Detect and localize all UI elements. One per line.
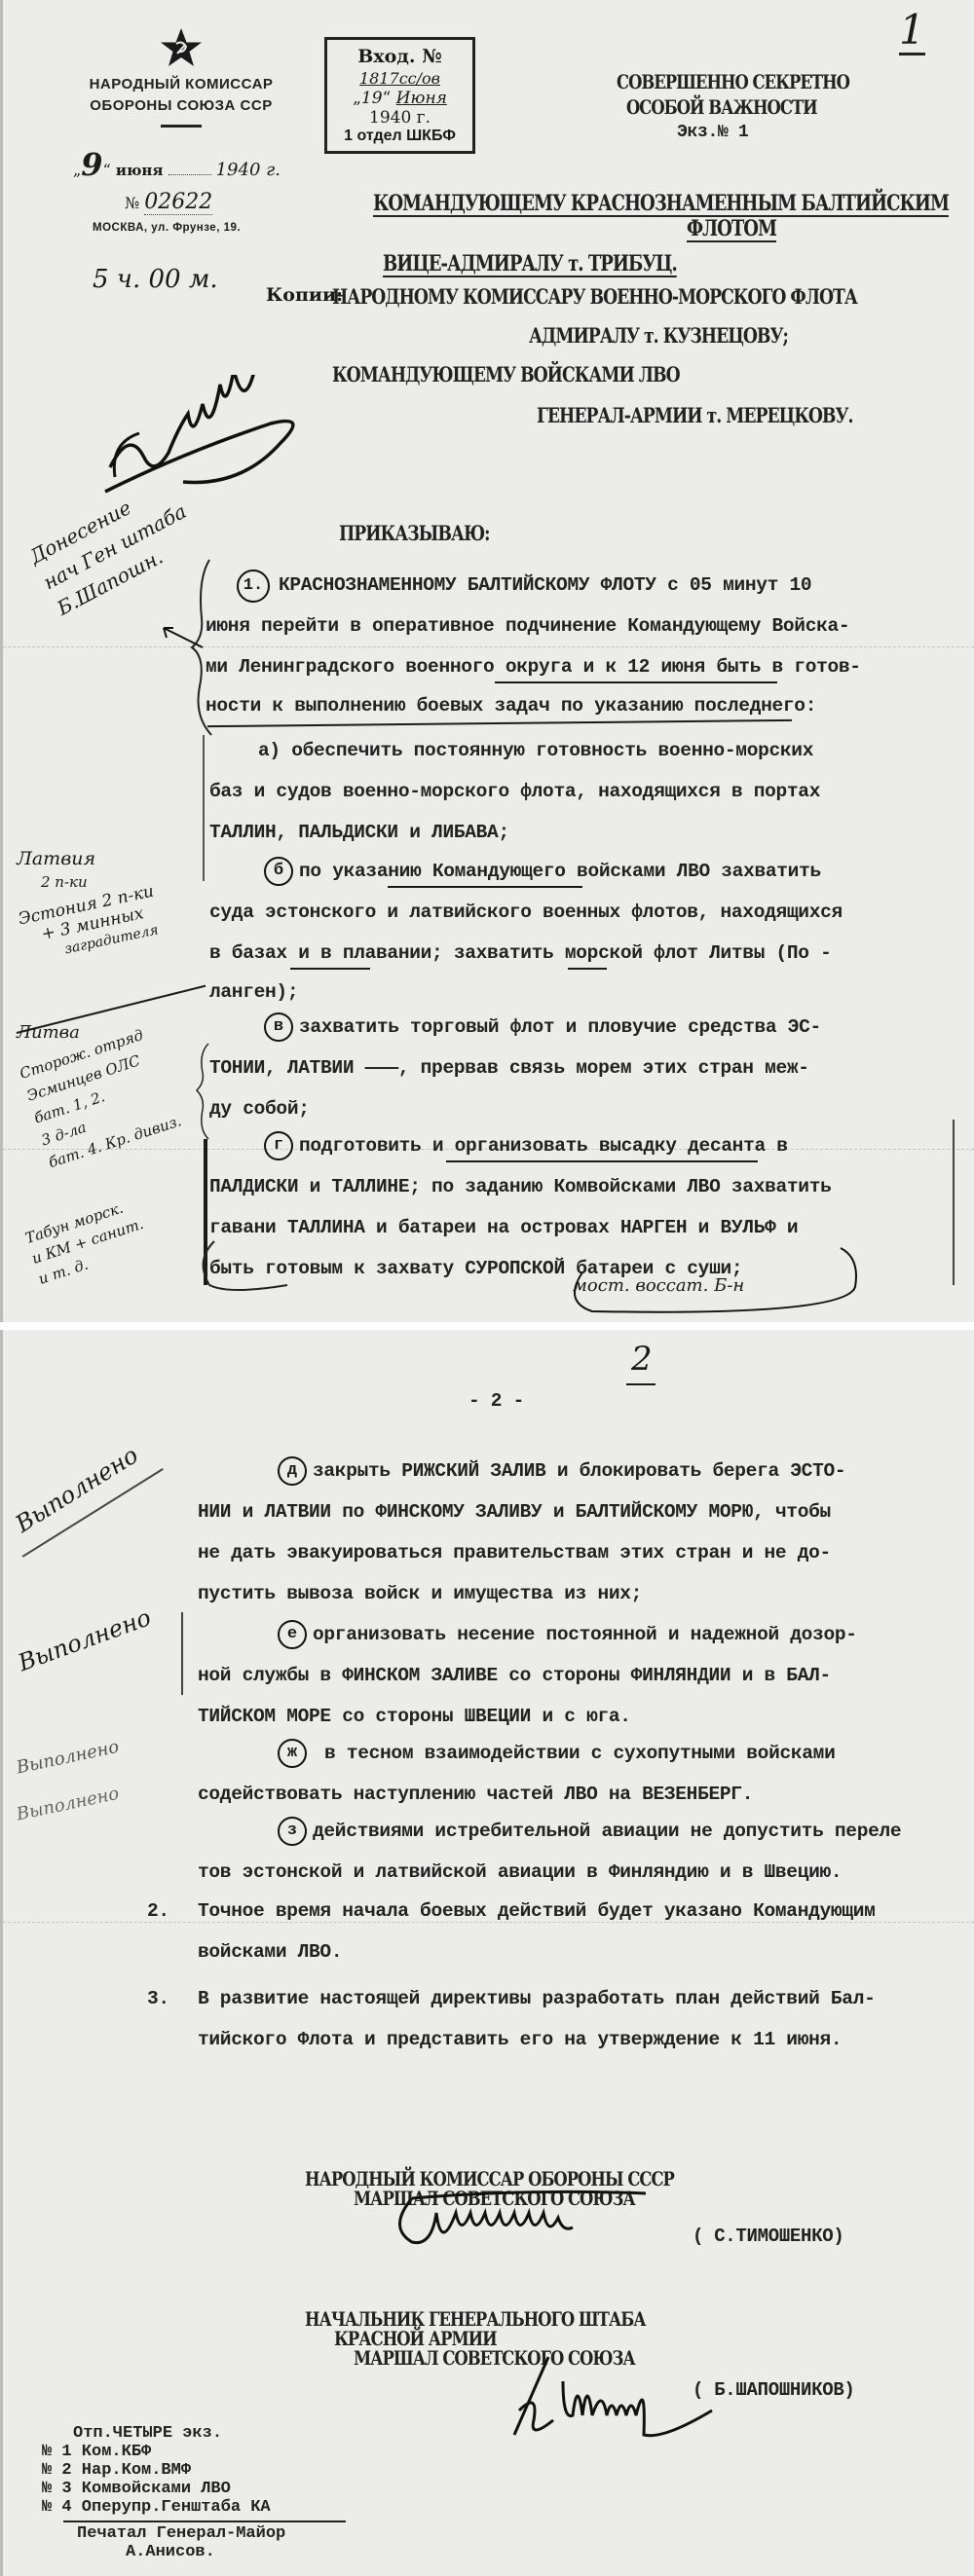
- margin-note-6: Табун морск. и КМ + санит. и т. д.: [22, 1193, 153, 1290]
- order-heading: ПРИКАЗЫВАЮ:: [339, 521, 490, 545]
- distribution-item: № 1 Ком.КБФ: [42, 2443, 346, 2461]
- sub-v-line2: ТОНИИ, ЛАТВИИ ———, прервав связь морем э…: [209, 1057, 809, 1079]
- sig1-name: ( С.ТИМОШЕНКО): [693, 2226, 843, 2247]
- handwritten-time-note: 5 ч. 00 м.: [93, 265, 218, 294]
- handwritten-underline: [568, 968, 607, 970]
- distribution-list: Отп.ЧЕТЫРЕ экз. № 1 Ком.КБФ № 2 Нар.Ком.…: [42, 2424, 346, 2561]
- item3-marker: 3.: [147, 1988, 169, 2009]
- copies-line2: АДМИРАЛУ т. КУЗНЕЦОВУ;: [529, 323, 788, 348]
- letterhead-rule: [161, 125, 202, 128]
- copies-line4: ГЕНЕРАЛ-АРМИИ т. МЕРЕЦКОВУ.: [537, 403, 853, 427]
- margin-note-5: Сторож. отряд Эсминцев ОЛС бат. 1, 2. 3 …: [17, 1020, 184, 1174]
- item1-line3: ми Ленинградского военного округа и к 12…: [206, 656, 861, 678]
- handwritten-page-number: 2: [631, 1340, 653, 1379]
- order-item-1: 1.: [237, 570, 276, 603]
- fold-line: [3, 1922, 974, 1923]
- handwritten-bracket: [193, 1236, 300, 1314]
- classification-line1: СОВЕРШЕННО СЕКРЕТНО: [617, 70, 849, 93]
- item2-line2: войсками ЛВО.: [198, 1941, 342, 1963]
- margin-note-executed-2: Выполнено: [15, 1603, 155, 1676]
- letterhead: НАРОДНЫЙ КОМИССАР ОБОРОНЫ СОЮЗА ССР: [69, 27, 293, 128]
- addressee-line3: ВИЦЕ-АДМИРАЛУ т. ТРИБУЦ.: [383, 251, 677, 276]
- sub-z-line2: тов эстонской и латвийской авиации в Фин…: [198, 1861, 842, 1883]
- page-header: - 2 -: [468, 1390, 524, 1412]
- item2-line1: Точное время начала боевых действий буде…: [198, 1900, 876, 1922]
- sub-d-line1: закрыть РИЖСКИЙ ЗАЛИВ и блокировать бере…: [313, 1460, 845, 1482]
- sub-d-line4: пустить вывоза войск и имущества из них;: [198, 1583, 642, 1604]
- sub-b-marker: б: [264, 857, 299, 886]
- distribution-item: № 2 Нар.Ком.ВМФ: [42, 2461, 346, 2480]
- shaposhnikov-signature: [490, 2352, 772, 2440]
- item1-line4: ности к выполнению боевых задач по указа…: [206, 695, 816, 717]
- red-star-hammer-sickle-icon: [159, 27, 204, 68]
- handwritten-note: мост. воссат. Б-н: [573, 1275, 744, 1296]
- margin-note-3: Эстония 2 п-ки + 3 минных заградителя: [17, 882, 164, 968]
- sub-a-line3: ТАЛЛИН, ПАЛЬДИСКИ и ЛИБАВА;: [209, 822, 509, 843]
- handwritten-underline: [495, 681, 777, 683]
- item1-line2: июня перейти в оперативное подчинение Ко…: [206, 615, 849, 637]
- sub-g-marker: г: [264, 1131, 299, 1160]
- letterhead-line1: НАРОДНЫЙ КОМИССАР: [69, 74, 293, 95]
- margin-note-2: Латвия 2 п-ки: [17, 847, 95, 894]
- sub-g-line3: гавани ТАЛЛИНА и батареи на островах НАР…: [209, 1217, 798, 1238]
- margin-line: [953, 1120, 955, 1285]
- sub-v-line1: захватить торговый флот и пловучие средс…: [299, 1016, 821, 1038]
- sub-e-line1: организовать несение постоянной и надежн…: [313, 1624, 857, 1645]
- typed-by-line1: Печатал Генерал-Майор: [42, 2524, 346, 2543]
- sub-d-marker: д: [278, 1456, 313, 1486]
- margin-line: [203, 735, 205, 881]
- sub-zh-line1: в тесном взаимодействии с сухопутными во…: [324, 1743, 836, 1764]
- handwritten-underline: [290, 968, 370, 970]
- distribution-rule: [63, 2521, 346, 2522]
- sub-b-line1: по указанию Командующего войсками ЛВО за…: [299, 861, 821, 882]
- timoshenko-signature: [373, 2187, 704, 2264]
- copies-line1: НАРОДНОМУ КОМИССАРУ ВОЕННО-МОРСКОГО ФЛОТ…: [332, 284, 857, 309]
- page-number-rule: [626, 1383, 656, 1385]
- sub-v-marker: в: [264, 1012, 299, 1042]
- sub-g-line2: ПАЛДИСКИ и ТАЛЛИНЕ; по заданию Комвойска…: [209, 1176, 832, 1197]
- copies-line3: КОМАНДУЮЩЕМУ ВОЙСКАМИ ЛВО: [332, 362, 680, 386]
- margin-line: [181, 1612, 183, 1695]
- sub-a-line2: баз и судов военно-морского флота, наход…: [209, 781, 820, 802]
- item3-line1: В развитие настоящей директивы разработа…: [198, 1988, 876, 2009]
- sub-e-marker: е: [278, 1620, 313, 1649]
- sub-zh-marker: ж: [278, 1739, 313, 1768]
- sub-b-line4: ланген);: [209, 981, 298, 1003]
- sub-d-line3: не дать эвакуироваться правительствам эт…: [198, 1542, 831, 1564]
- margin-note-executed-4: Выполнено: [15, 1784, 121, 1825]
- margin-divider: [17, 985, 206, 1034]
- sub-g-line1: подготовить и организовать высадку десан…: [299, 1135, 788, 1157]
- item-marker: 1.: [237, 570, 270, 603]
- arrow-icon: [159, 623, 207, 652]
- incoming-stamp: Вход. № 1817сс/ов „19“ Июня 1940 г. 1 от…: [324, 37, 475, 154]
- addressee-line2: ФЛОТОМ: [687, 216, 776, 241]
- sub-e-line3: ТИЙСКОМ МОРЕ со стороны ШВЕЦИИ и с юга.: [198, 1706, 631, 1727]
- document-date: „9“ июня 1940 г.: [73, 146, 297, 183]
- sub-zh-line2: содействовать наступлению частей ЛВО на …: [198, 1784, 753, 1805]
- handwritten-underline: [207, 719, 792, 727]
- handwritten-underline: [388, 886, 582, 888]
- sub-z-marker: з: [278, 1817, 313, 1846]
- item2-marker: 2.: [147, 1900, 169, 1922]
- handwritten-page-number: 1: [899, 8, 925, 55]
- typed-by-line2: А.Анисов.: [42, 2543, 346, 2561]
- sub-d-line2: НИИ и ЛАТВИИ по ФИНСКОМУ ЗАЛИВУ и БАЛТИЙ…: [198, 1501, 831, 1523]
- sub-v-line3: ду собой;: [209, 1098, 310, 1120]
- handwritten-underline: [446, 1160, 758, 1162]
- item1-line1: КРАСНОЗНАМЕННОМУ БАЛТИЙСКОМУ ФЛОТУ с 05 …: [279, 574, 811, 596]
- distribution-item: № 3 Комвойсками ЛВО: [42, 2480, 346, 2498]
- document-page-2: 2 - 2 - д закрыть РИЖСКИЙ ЗАЛИВ и блокир…: [0, 1330, 974, 2576]
- fold-line: [3, 646, 974, 647]
- item3-line2: тийского Флота и представить его на утве…: [198, 2029, 842, 2050]
- document-number: № 02622: [125, 190, 212, 214]
- distribution-header: Отп.ЧЕТЫРЕ экз.: [42, 2424, 346, 2443]
- margin-note-executed-1: Выполнено: [11, 1441, 143, 1537]
- copy-number: Экз.№ 1: [677, 123, 749, 142]
- sub-b-line3: в базах и в плавании; захватить морской …: [209, 942, 832, 964]
- sub-a-line1: а) обеспечить постоянную готовность воен…: [258, 740, 813, 761]
- sub-z-line1: действиями истребительной авиации не доп…: [313, 1821, 901, 1842]
- distribution-item: № 4 Оперупр.Генштаба КА: [42, 2498, 346, 2517]
- classification-line2: ОСОБОЙ ВАЖНОСТИ: [626, 95, 817, 119]
- handwritten-brace: [194, 1042, 213, 1149]
- addressee-line1: КОМАНДУЮЩЕМУ КРАСНОЗНАМЕННЫМ БАЛТИЙСКИМ: [373, 191, 949, 216]
- sub-e-line2: ной службы в ФИНСКОМ ЗАЛИВЕ со стороны Ф…: [198, 1665, 831, 1686]
- document-page-1: НАРОДНЫЙ КОМИССАР ОБОРОНЫ СОЮЗА ССР „9“ …: [0, 0, 974, 1322]
- margin-note-executed-3: Выполнено: [15, 1737, 121, 1779]
- sub-b-line2: суда эстонского и латвийского военных фл…: [209, 902, 843, 923]
- letterhead-address: МОСКВА, ул. Фрунзе, 19.: [93, 222, 241, 234]
- letterhead-line2: ОБОРОНЫ СОЮЗА ССР: [69, 95, 293, 117]
